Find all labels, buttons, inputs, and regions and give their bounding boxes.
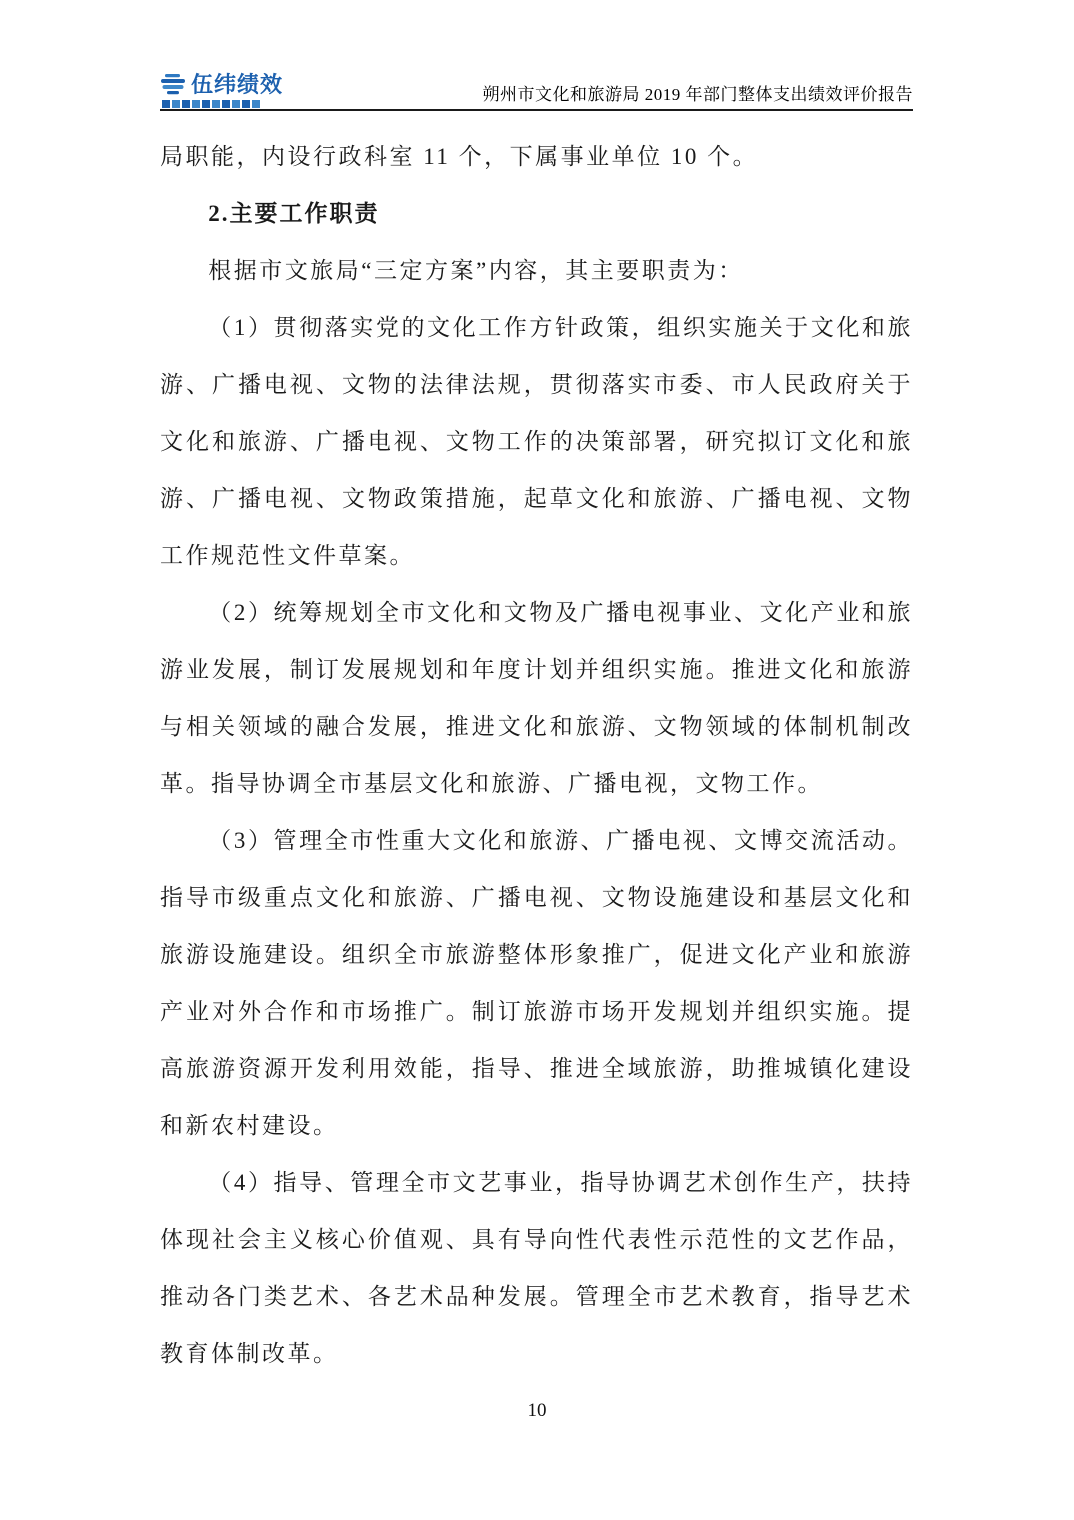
logo-square (182, 100, 190, 108)
paragraph-item-2: （2）统筹规划全市文化和文物及广播电视事业、文化产业和旅游业发展，制订发展规划和… (160, 584, 913, 812)
page-footer: 10 (0, 1400, 1074, 1422)
paragraph-continuation: 局职能，内设行政科室 11 个，下属事业单位 10 个。 (160, 128, 913, 185)
paragraph-item-4: （4）指导、管理全市文艺事业，指导协调艺术创作生产，扶持体现社会主义核心价值观、… (160, 1154, 913, 1382)
paragraph-intro: 根据市文旅局“三定方案”内容，其主要职责为： (160, 242, 913, 299)
logo-square (212, 100, 220, 108)
document-page: 伍纬绩效 朔州市文化和旅游局 2019 年部门整体支出绩效评价报告 局职能，内设… (0, 0, 1074, 1520)
section-heading: 2.主要工作职责 (160, 185, 913, 242)
page-number: 10 (528, 1400, 547, 1421)
logo-square (222, 100, 230, 108)
logo-square (202, 100, 210, 108)
logo-square (232, 100, 240, 108)
layers-globe-icon (160, 73, 186, 97)
logo-row: 伍纬绩效 (160, 73, 283, 97)
company-logo: 伍纬绩效 (160, 73, 283, 108)
logo-square (242, 100, 250, 108)
report-header-title: 朔州市文化和旅游局 2019 年部门整体支出绩效评价报告 (483, 85, 914, 108)
logo-tagline-squares (162, 100, 283, 108)
logo-text: 伍纬绩效 (191, 73, 283, 97)
logo-square (172, 100, 180, 108)
paragraph-item-1: （1）贯彻落实党的文化工作方针政策，组织实施关于文化和旅游、广播电视、文物的法律… (160, 299, 913, 584)
paragraph-item-3: （3）管理全市性重大文化和旅游、广播电视、文博交流活动。指导市级重点文化和旅游、… (160, 812, 913, 1154)
logo-square (162, 100, 170, 108)
logo-square (252, 100, 260, 108)
page-header: 伍纬绩效 朔州市文化和旅游局 2019 年部门整体支出绩效评价报告 (160, 64, 913, 111)
document-body: 局职能，内设行政科室 11 个，下属事业单位 10 个。 2.主要工作职责 根据… (160, 128, 913, 1382)
logo-square (192, 100, 200, 108)
